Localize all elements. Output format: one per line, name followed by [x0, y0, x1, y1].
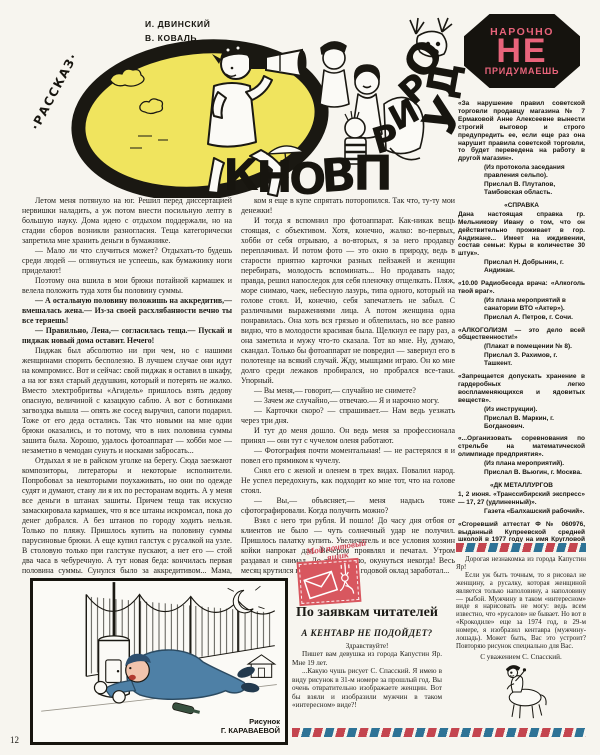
cartoon-frame: Рисунок Г. КАРАВАЕВОЙ [30, 578, 288, 745]
reply-paragraph: Если уж быть точным, то я рисовал не жен… [456, 572, 586, 651]
sidebar-quote-item: «СПРАВКА Дана настоящая справка гр. Мель… [458, 202, 585, 275]
logo-line-3: ПРИДУМАЕШЬ [485, 66, 560, 76]
reply-text: Дорогая незнакомка из города Капустин Яр… [456, 556, 586, 651]
readers-section-title: По заявкам читателей [292, 606, 442, 621]
magazine-page: ·РАССКАЗ· И. ДВИНСКИЙ В. КОВАЛЬ К Н О В … [0, 0, 600, 755]
sidebar-quotes: «За нарушение правил советской торговли … [458, 100, 585, 542]
story-column-2: ком я еще в купе спрятать поторопился. Т… [241, 196, 455, 576]
reply-paragraph: Дорогая незнакомка из города Капустин Яр… [456, 556, 586, 572]
quote-text: «АЛКОГОЛИЗМ — это дело всей общественнос… [458, 327, 585, 343]
masthead: ·РАССКАЗ· И. ДВИНСКИЙ В. КОВАЛЬ К Н О В … [18, 8, 460, 198]
stamp-envelope-icon [300, 561, 359, 603]
story-paragraph: Отдыхал я не в райском уголке на берегу.… [22, 456, 232, 576]
letter-paragraph: Здравствуйте! [292, 642, 442, 651]
quote-text: «За нарушение правил советской торговли … [458, 100, 585, 163]
story-paragraph: ком я еще в купе спрятать поторопился. Т… [241, 196, 455, 216]
narochno-ne-pridumayesh-logo: НАРОЧНО НЕ ПРИДУМАЕШЬ [464, 14, 580, 88]
sidebar-quote-item: «Сгоревший аттестат Ф № 060976, выданный… [458, 521, 585, 542]
quote-source: (Из протокола заседания правления сельпо… [458, 164, 585, 180]
story-paragraph: — Вы,— объясняет,— меня надысь тоже сфот… [241, 496, 455, 516]
story-paragraph: Снял его с женой и оленем в трех видах. … [241, 466, 455, 496]
quote-text: «Запрещается допускать хранение в гардер… [458, 373, 585, 405]
story-column-1: Летом меня потянуло на юг. Решил перед д… [22, 196, 232, 576]
imp-with-pitchfork [338, 562, 353, 594]
mailbox-stamp [297, 558, 362, 606]
letter-paragraph: Пишет вам девушка из города Капустин Яр.… [292, 650, 442, 667]
title-letter: В [319, 151, 357, 199]
page-number: 12 [10, 735, 19, 745]
letter-paragraph: ...Какую чушь рисует С. Спасский. Я имею… [292, 667, 442, 710]
story-paragraph: — Фотография почти моментальная! — не ра… [241, 446, 455, 466]
story-paragraph: Пиджак был абсолютно ни при чем, но с на… [22, 346, 232, 456]
quote-heading: «ДК МЕТАЛЛУРГОВ [458, 482, 585, 490]
story-paragraph: — Зачем же случайно,— отвечаю.— Я и наро… [241, 396, 455, 406]
sidebar-quote-item: «АЛКОГОЛИЗМ — это дело всей общественнос… [458, 327, 585, 369]
story-paragraph: — Правильно, Лена,— согласилась теща.— П… [22, 326, 232, 346]
airmail-stripe-bottom [292, 728, 586, 737]
sidebar-quote-item: «Запрещается допускать хранение в гардер… [458, 373, 585, 430]
quote-sender: Прислал Н. Добрынин, г. Андижан. [458, 259, 585, 275]
sidebar-quote-item: «10.00 Радиобеседа врача: «Алкоголь твой… [458, 280, 585, 322]
story-paragraph: И тут до меня дошло. Он ведь меня за про… [241, 426, 455, 446]
cartoon-credit-artist: Г. КАРАВАЕВОЙ [221, 726, 280, 736]
sidebar-quote-item: «За нарушение правил советской торговли … [458, 100, 585, 197]
story-paragraph: Летом меня потянуло на юг. Решил перед д… [22, 196, 232, 246]
story-paragraph: — Карточки скоро? — спрашивает.— Нам вед… [241, 406, 455, 426]
author-1: И. ДВИНСКИЙ [145, 18, 210, 32]
airmail-stripe-top [456, 543, 586, 552]
quote-sender: Прислал А. Петров, г. Сочи. [458, 314, 585, 322]
story-paragraph: Поэтому она вшила в мои брюки потайной к… [22, 276, 232, 296]
author-2: В. КОВАЛЬ [145, 32, 210, 46]
centaur-drawing [482, 663, 560, 721]
title-letter: Н [256, 156, 293, 200]
story-paragraph: — А остальную половину положишь на аккре… [22, 296, 232, 326]
sidebar-quote-item: «...Организовать соревнования по стрельб… [458, 435, 585, 477]
quote-heading: «СПРАВКА [458, 202, 585, 210]
quote-sender: Прислал В. Вьюгин, г. Москва. [458, 469, 585, 477]
authors-block: И. ДВИНСКИЙ В. КОВАЛЬ [145, 18, 210, 45]
quote-source: (Из плана мероприятий в санатории ВТО «А… [458, 297, 585, 313]
quote-source: (Из плана мероприятий). [458, 460, 585, 468]
quote-source: (Плакат в помещении № 8). [458, 343, 585, 351]
quote-sender: Прислал В. Плутапов, Тамбовская область. [458, 181, 585, 197]
sidebar-quote-item: «ДК МЕТАЛЛУРГОВ 1, 2 июня. «Транссибирск… [458, 482, 585, 516]
quote-text: «Сгоревший аттестат Ф № 060976, выданный… [458, 521, 585, 542]
story-paragraph: И тогда я вспомнил про фотоаппарат. Как-… [241, 216, 455, 386]
readers-section: Мой почтовый ящик По заявкам читателей [292, 552, 442, 710]
quote-sender: Прислал В. Маркин, г. Богданович. [458, 415, 585, 431]
quote-text: «10.00 Радиобеседа врача: «Алкоголь твой… [458, 280, 585, 296]
story-paragraph: — Вы меня,— говорит,— случайно не снимет… [241, 386, 455, 396]
reply-signature: С уважением С. Спасский. [456, 654, 586, 662]
cartoon-credit: Рисунок Г. КАРАВАЕВОЙ [221, 717, 280, 737]
logo-line-2: НЕ [496, 38, 547, 66]
reader-letter: Здравствуйте!Пишет вам девушка из города… [292, 642, 442, 710]
cartoon-credit-word: Рисунок [221, 717, 280, 727]
quote-source: (Из инструкции). [458, 406, 585, 414]
quote-text: 1, 2 июня. «Транссибирский экспресс» — 1… [458, 491, 585, 507]
story-paragraph: — Мало ли что случиться может? Отдыхать-… [22, 246, 232, 276]
quote-text: «...Организовать соревнования по стрельб… [458, 435, 585, 459]
quote-sender: Прислал З. Рахимов, г. Ташкент. [458, 352, 585, 368]
bottle [172, 702, 201, 716]
quote-sender: Газета «Балхашский рабочий». [458, 508, 585, 516]
quote-text: Дана настоящая справка гр. Мельникову Ив… [458, 211, 585, 258]
title-letter: К [223, 154, 259, 198]
letter-headline: А КЕНТАВР НЕ ПОДОЙДЕТ? [292, 628, 442, 638]
artist-reply: Дорогая незнакомка из города Капустин Яр… [456, 556, 586, 721]
